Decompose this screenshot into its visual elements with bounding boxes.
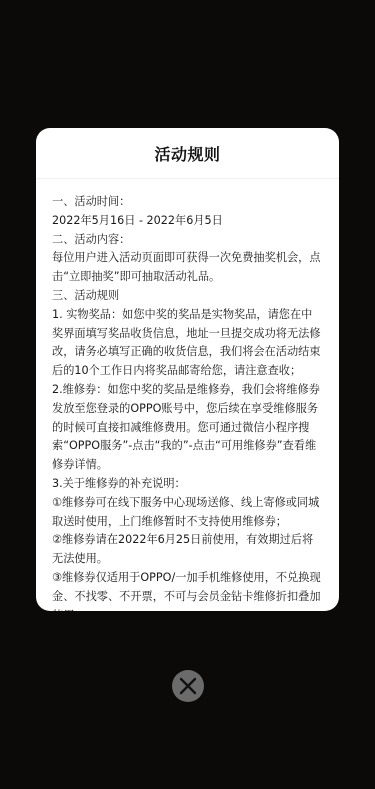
rule-line: ③维修券仅适用于OPPO/一加手机维修使用，不兑换现金、不找零、不开票，不可与会… [52, 569, 323, 611]
rule-line: 每位用户进入活动页面即可获得一次免费抽奖机会，点击“立即抽奖”即可抽取活动礼品。 [52, 249, 323, 287]
rule-line: 一、活动时间： [52, 193, 323, 212]
close-button[interactable] [172, 670, 204, 702]
rule-line: ②维修券请在2022年6月25日前使用，有效期过后将无法使用。 [52, 531, 323, 569]
rule-line: 二、活动内容： [52, 231, 323, 250]
modal-title: 活动规则 [154, 142, 220, 165]
rule-line: ①维修券可在线下服务中心现场送修、线上寄修或同城取送时使用，上门维修暂时不支持使… [52, 494, 323, 532]
rules-content: 一、活动时间： 2022年5月16日 - 2022年6月5日 二、活动内容： 每… [36, 179, 339, 611]
rule-line: 1. 实物奖品：如您中奖的奖品是实物奖品，请您在中奖界面填写奖品收货信息，地址一… [52, 306, 323, 381]
modal-header: 活动规则 [36, 128, 339, 179]
rules-modal: 活动规则 一、活动时间： 2022年5月16日 - 2022年6月5日 二、活动… [36, 128, 339, 611]
rule-line: 2022年5月16日 - 2022年6月5日 [52, 212, 323, 231]
rule-line: 三、活动规则 [52, 287, 323, 306]
rule-line: 2.维修券：如您中奖的奖品是维修券，我们会将维修券发放至您登录的OPPO账号中，… [52, 381, 323, 475]
close-icon [179, 677, 197, 695]
rule-line: 3.关于维修券的补充说明： [52, 475, 323, 494]
